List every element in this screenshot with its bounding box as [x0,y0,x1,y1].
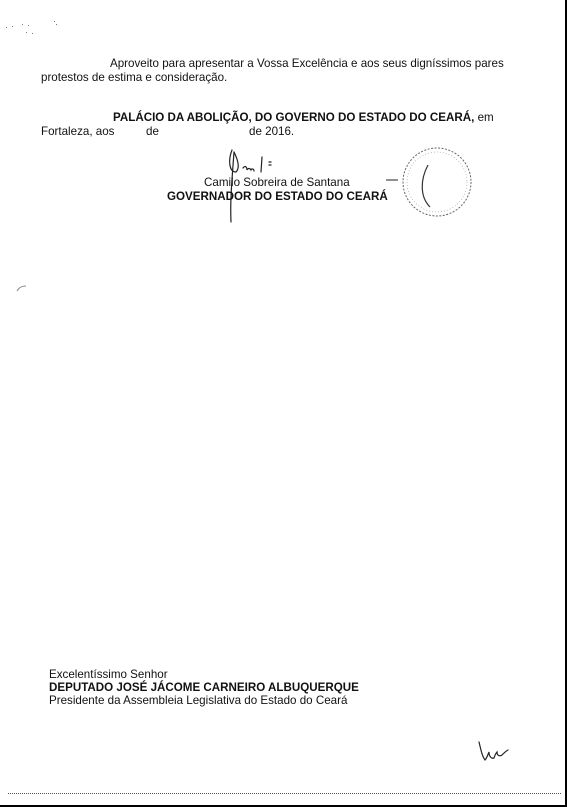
official-seal-stamp [400,145,475,220]
signer-name: Camilo Sobreira de Santana [204,176,350,190]
recipient-salutation: Excelentíssimo Senhor [49,668,168,682]
recipient-name: DEPUTADO JOSÉ JÁCOME CARNEIRO ALBUQUERQU… [49,681,359,695]
handwritten-initials [476,740,516,766]
document-page: Aproveito para apresentar a Vossa Excelê… [0,0,567,807]
scan-mark [16,285,30,293]
signer-title: GOVERNADOR DO ESTADO DO CEARÁ [167,190,388,204]
recipient-role: Presidente da Assembleia Legislativa do … [49,694,347,708]
footer-divider [8,793,561,794]
